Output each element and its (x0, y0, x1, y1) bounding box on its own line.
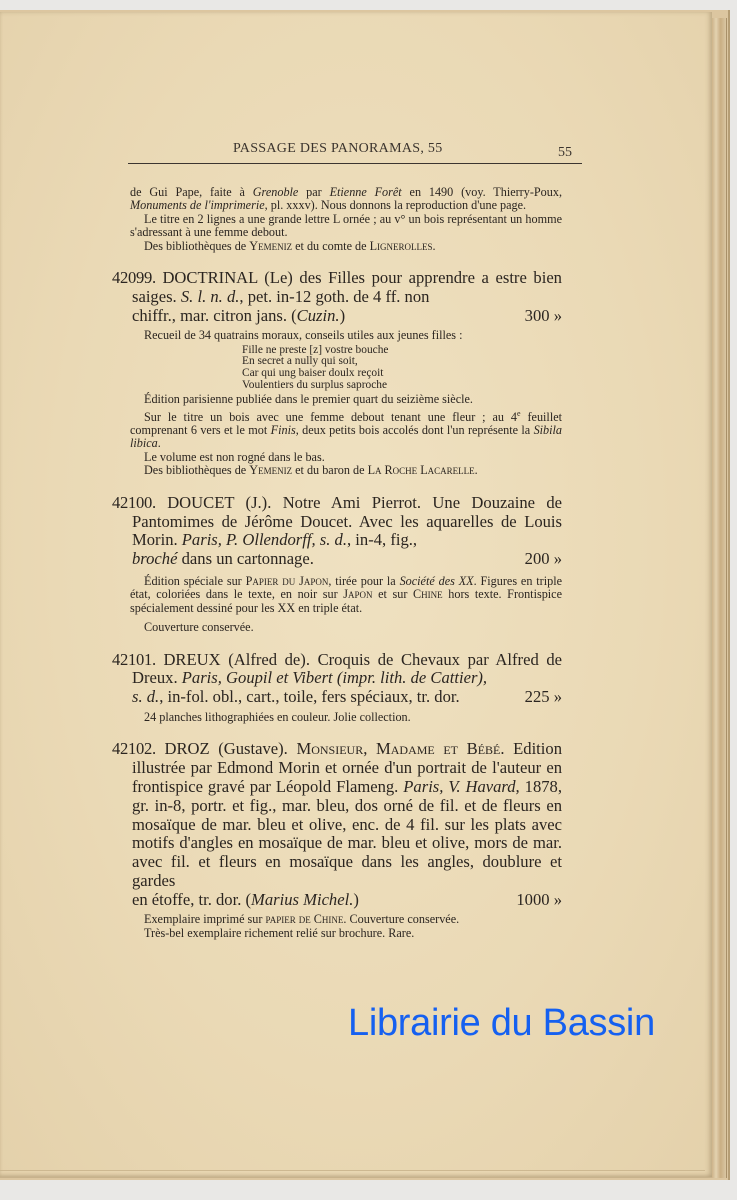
entry-note: Des bibliothèques de Yemeniz et du baron… (130, 464, 562, 477)
entry-number: 42100. (112, 493, 156, 512)
entry-imprint: Paris, P. Ollendorff, (182, 530, 316, 549)
entry-heading: DROZ (Gustave). (164, 739, 287, 758)
entry-imprint: S. l. n. d. (181, 287, 240, 306)
entry-description: , pet. in-12 goth. de 4 ff. non (239, 287, 429, 306)
entry-note: Édition spéciale sur Papier du Japon, ti… (130, 575, 562, 615)
entry-price: 1000 » (516, 891, 562, 910)
catalogue-entry-42102: 42102. DROZ (Gustave). Monsieur, Madame … (112, 740, 562, 909)
entry-notes-after: Édition parisienne publiée dans le premi… (112, 393, 562, 478)
continuation-line-2: Le titre en 2 lignes a une grande lettre… (130, 213, 562, 240)
entry-description-end: chiffr., mar. citron jans. (Cuzin.) (132, 307, 345, 326)
page-content: de Gui Pape, faite à Grenoble par Etienn… (112, 186, 562, 940)
entry-note: Le volume est non rogné dans le bas. (130, 451, 562, 464)
verse-line: Voulentiers du surplus saproche (242, 380, 562, 392)
entry-title: Monsieur, Madame et Bébé. (296, 739, 504, 758)
entry-price: 300 » (525, 307, 562, 326)
entry-note: Couverture conservée. (130, 621, 562, 634)
entry-number: 42099. (112, 268, 156, 287)
verse-quotation: Fille ne preste [z] vostre bouche En sec… (112, 345, 562, 391)
entry-notes: Édition spéciale sur Papier du Japon, ti… (112, 575, 562, 635)
entry-printer: (impr. lith. de Cattier), (337, 668, 487, 687)
entry-note: 24 planches lithographiées en couleur. J… (130, 711, 562, 724)
entry-note: Exemplaire imprimé sur papier de Chine. … (130, 913, 562, 926)
entry-note: Recueil de 34 quatrains moraux, conseils… (130, 329, 562, 342)
entry-notes: Exemplaire imprimé sur papier de Chine. … (112, 913, 562, 940)
entry-description-end: en étoffe, tr. dor. (Marius Michel.) (132, 891, 359, 910)
entry-price-line: s. d., in-fol. obl., cart., toile, fers … (132, 688, 562, 707)
page-number: 55 (558, 145, 572, 161)
entry-price: 225 » (525, 688, 562, 707)
catalogue-entry-42099: 42099. DOCTRINAL (Le) des Filles pour ap… (112, 269, 562, 325)
running-header: PASSAGE DES PANORAMAS, 55 55 (128, 133, 582, 164)
entry-note: Très-bel exemplaire richement relié sur … (130, 927, 562, 940)
entry-notes: Recueil de 34 quatrains moraux, conseils… (112, 329, 562, 342)
entry-imprint: Paris, V. Havard, (403, 777, 519, 796)
entry-price-line: broché dans un cartonnage. 200 » (132, 550, 562, 569)
entry-description: s. d., in-4, fig., (320, 530, 417, 549)
entry-note: Sur le titre un bois avec une femme debo… (130, 407, 562, 451)
entry-number: 42102. (112, 739, 156, 758)
entry-notes: 24 planches lithographiées en couleur. J… (112, 711, 562, 724)
continuation-line-3: Des bibliothèques de Yemeniz et du comte… (130, 240, 562, 253)
entry-price: 200 » (525, 550, 562, 569)
entry-price-line: en étoffe, tr. dor. (Marius Michel.) 100… (132, 891, 562, 910)
entry-note: Édition parisienne publiée dans le premi… (130, 393, 562, 406)
catalogue-entry-42100: 42100. DOUCET (J.). Notre Ami Pierrot. U… (112, 494, 562, 569)
bookseller-watermark: Librairie du Bassin (348, 1002, 655, 1045)
running-header-title: PASSAGE DES PANORAMAS, 55 (233, 141, 443, 157)
entry-number: 42101. (112, 650, 156, 669)
entry-price-line: chiffr., mar. citron jans. (Cuzin.) 300 … (132, 307, 562, 326)
page-bottom-fold (0, 1170, 705, 1171)
entry-imprint: Paris, Goupil et Vibert (182, 668, 333, 687)
continuation-line-1: de Gui Pape, faite à Grenoble par Etienn… (130, 186, 562, 213)
entry-description: s. d., in-fol. obl., cart., toile, fers … (132, 688, 460, 707)
continuation-notes: de Gui Pape, faite à Grenoble par Etienn… (112, 186, 562, 253)
entry-binding: broché dans un cartonnage. (132, 550, 314, 569)
catalogue-entry-42101: 42101. DREUX (Alfred de). Croquis de Che… (112, 651, 562, 707)
verse-line: Car qui ung baiser doulx reçoit (242, 368, 562, 380)
